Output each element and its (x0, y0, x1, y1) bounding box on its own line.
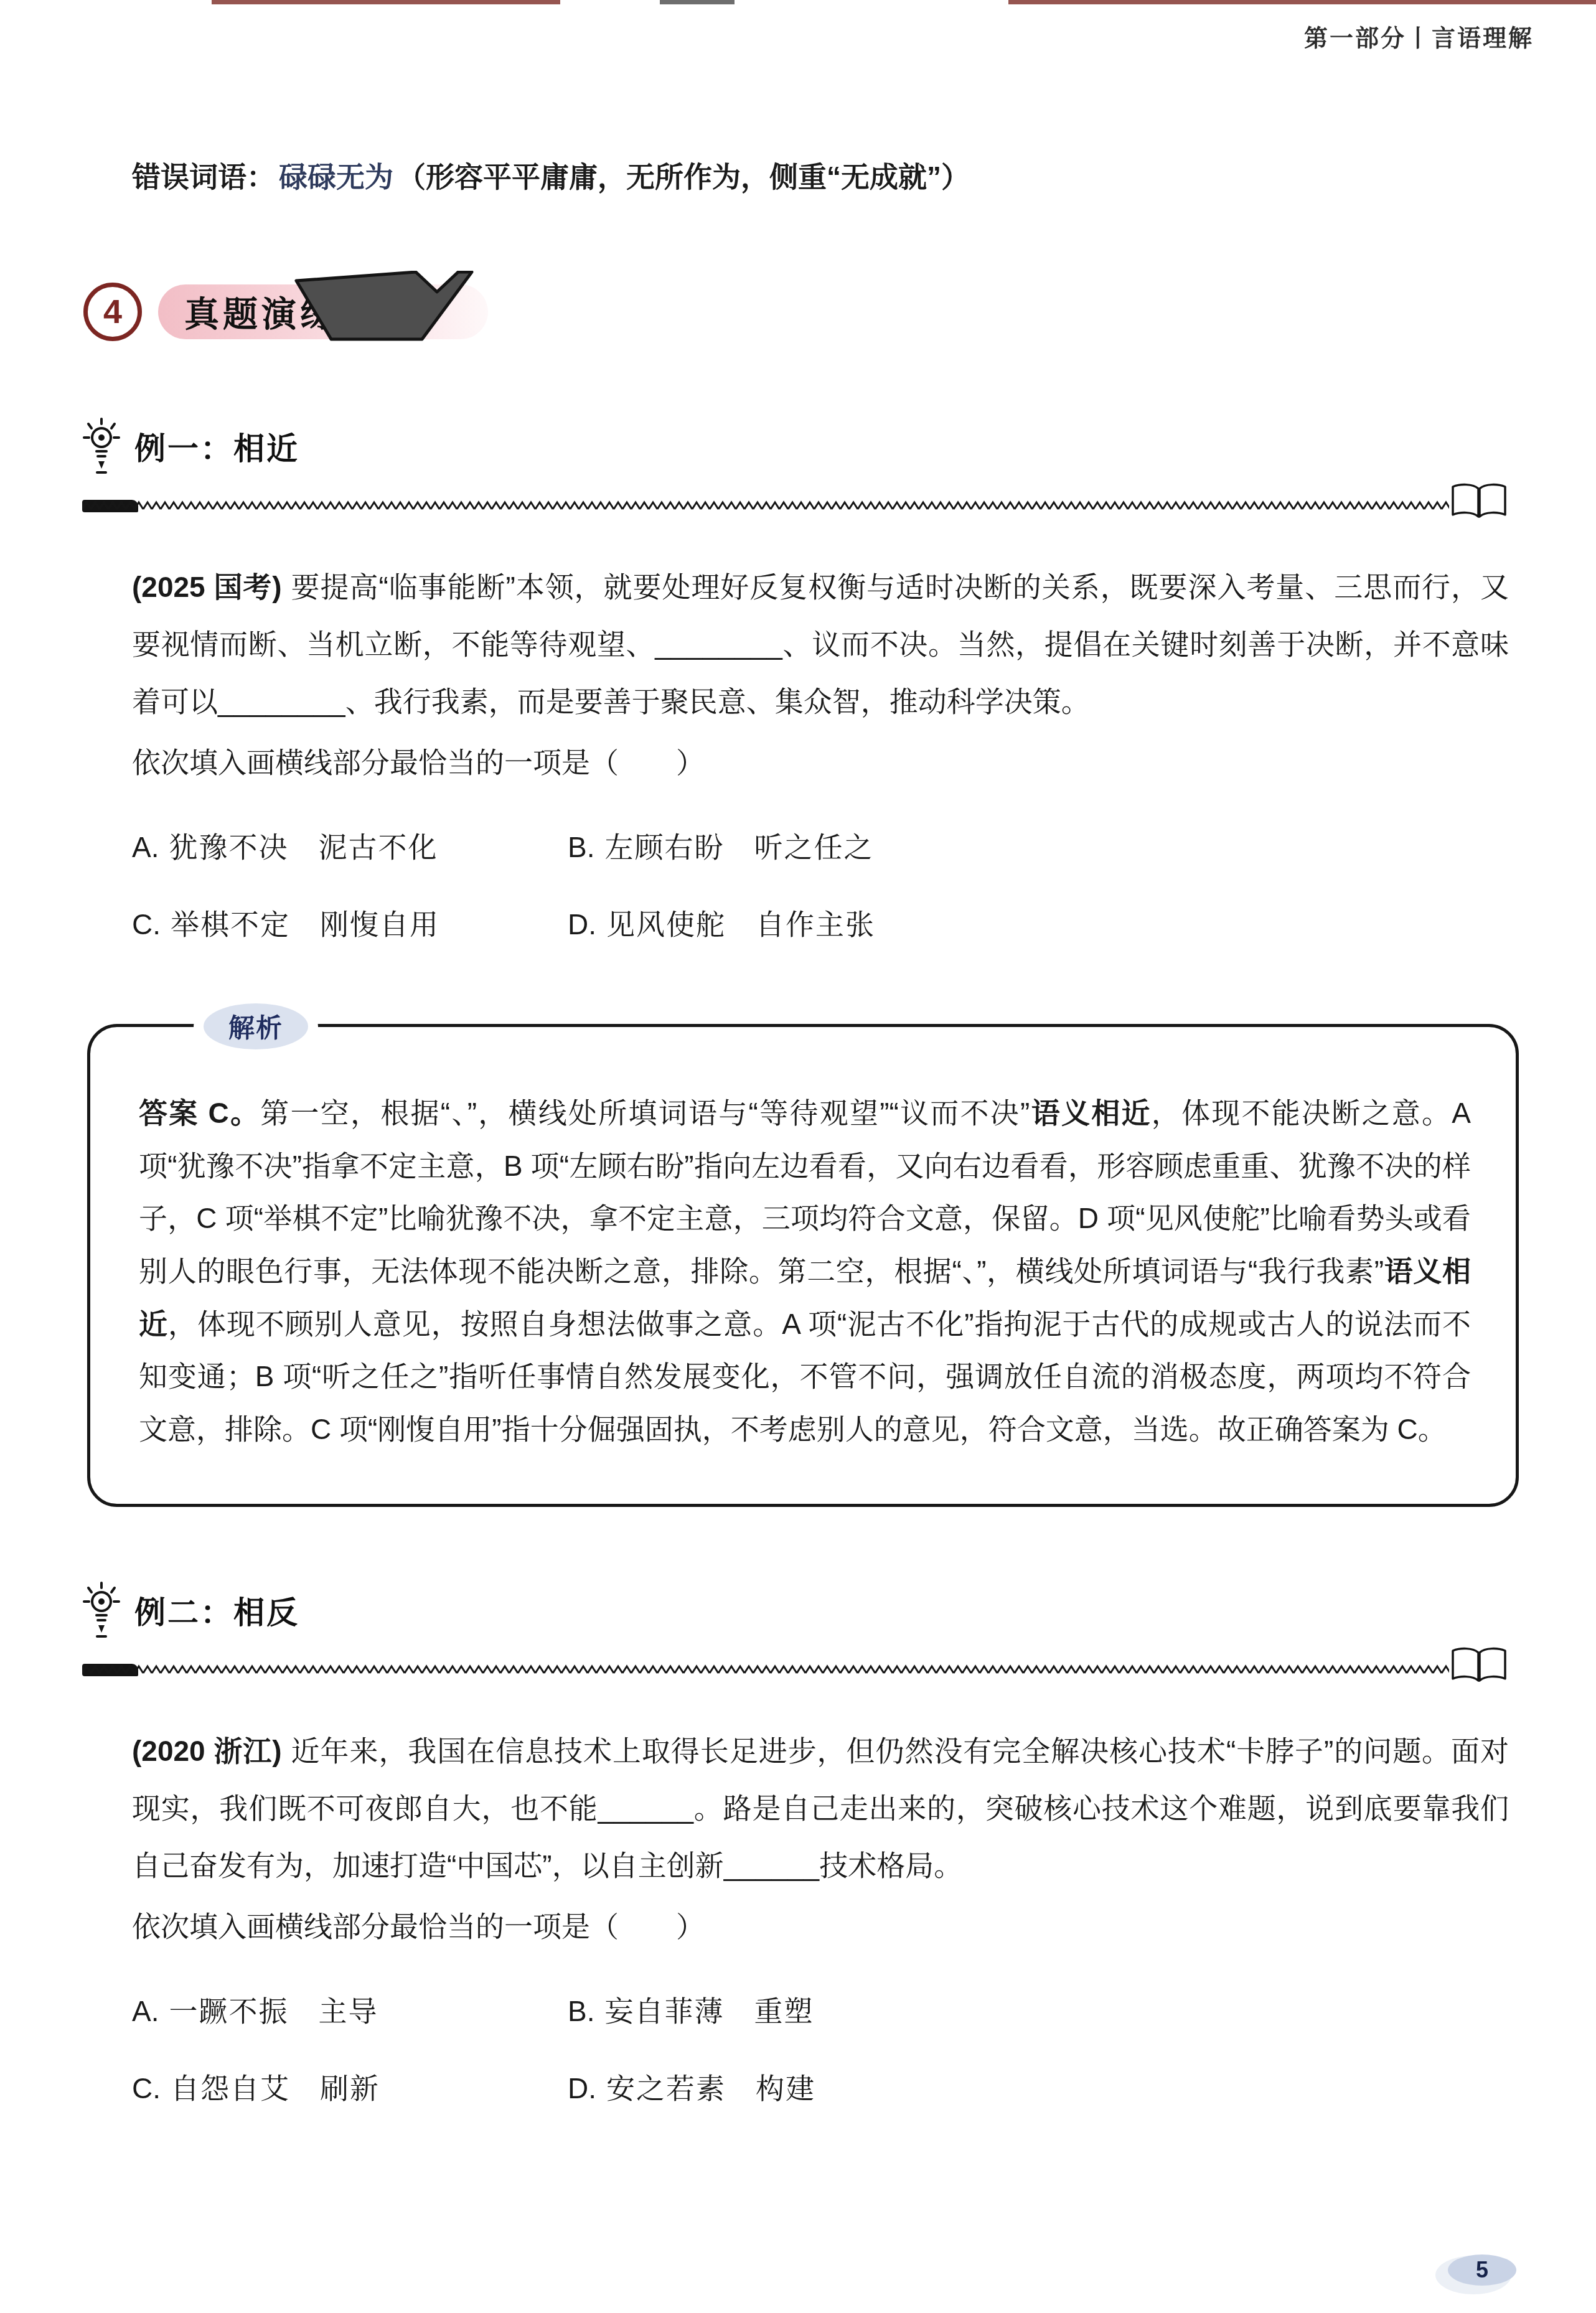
option-b: B.妄自菲薄 重塑 (568, 1989, 1509, 2030)
bulb-icon (82, 416, 121, 476)
textbook-page: 第一部分丨言语理解 错误词语：碌碌无为（形容平平庸庸，无所作为，侧重“无成就”）… (0, 0, 1596, 2313)
wrong-word-label: 错误词语： (132, 161, 275, 193)
wrong-word-note: 错误词语：碌碌无为（形容平平庸庸，无所作为，侧重“无成就”） (132, 156, 1509, 199)
wavy-underline (82, 1663, 1509, 1676)
option-text: 左顾右盼 听之任之 (604, 825, 873, 866)
option-label: B. (568, 1994, 594, 2028)
options-list: A.犹豫不决 泥古不化 B.左顾右盼 听之任之 C.举棋不定 刚愎自用 D.见风… (132, 825, 1509, 943)
scan-artifact (660, 0, 735, 4)
option-label: C. (132, 908, 161, 941)
option-text: 自怨自艾 刷新 (171, 2066, 380, 2107)
wrong-word-definition: （形容平平庸庸，无所作为，侧重“无成就”） (397, 161, 970, 193)
question-source: (2020 浙江) (132, 1735, 282, 1767)
scan-artifact (212, 0, 560, 4)
example2-question: (2020 浙江)近年来，我国在信息技术上取得长足进步，但仍然没有完全解决核心技… (132, 1722, 1509, 2107)
option-text: 妄自菲薄 重塑 (604, 1989, 814, 2030)
option-label: A. (132, 830, 159, 864)
option-label: D. (568, 908, 596, 941)
option-a: A.犹豫不决 泥古不化 (132, 825, 568, 866)
question-body: 近年来，我国在信息技术上取得长足进步，但仍然没有完全解决核心技术“卡脖子”的问题… (132, 1735, 1509, 1882)
analysis-label: 解析 (204, 1003, 308, 1049)
section-title-highlight: 真题演练 (158, 284, 488, 339)
question-text: (2025 国考)要提高“临事能断”本领，就要处理好反复权衡与适时决断的关系，既… (132, 558, 1509, 730)
open-book-icon (1449, 1646, 1509, 1682)
option-d: D.见风使舵 自作主张 (568, 902, 1509, 943)
option-text: 举棋不定 刚愎自用 (171, 902, 439, 943)
section-number-badge: 4 (83, 283, 142, 341)
option-text: 安之若素 构建 (606, 2066, 815, 2107)
option-a: A.一蹶不振 主导 (132, 1989, 568, 2030)
option-c: C.自怨自艾 刷新 (132, 2066, 568, 2107)
example1-heading: 例一：相近 (82, 416, 1509, 523)
bulb-icon (82, 1580, 121, 1640)
example1-rule (82, 486, 1509, 523)
running-header: 第一部分丨言语理解 (1304, 19, 1534, 53)
option-label: A. (132, 1994, 159, 2028)
example2-heading: 例二：相反 (82, 1580, 1509, 1687)
example1-title: 例一：相近 (134, 424, 299, 469)
option-d: D.安之若素 构建 (568, 2066, 1509, 2107)
option-label: B. (568, 830, 594, 864)
option-label: C. (132, 2071, 161, 2105)
option-c: C.举棋不定 刚愎自用 (132, 902, 568, 943)
question-body: 要提高“临事能断”本领，就要处理好反复权衡与适时决断的关系，既要深入考量、三思而… (132, 571, 1509, 718)
option-text: 一蹶不振 主导 (169, 1989, 378, 2030)
page-number-badge: 5 (1448, 2254, 1516, 2286)
open-book-icon (1449, 482, 1509, 518)
question-text: (2020 浙江)近年来，我国在信息技术上取得长足进步，但仍然没有完全解决核心技… (132, 1722, 1509, 1894)
page-content: 错误词语：碌碌无为（形容平平庸庸，无所作为，侧重“无成就”） 4 真题演练 (0, 0, 1596, 2107)
question-prompt: 依次填入画横线部分最恰当的一项是（ ） (132, 1898, 1509, 1955)
wavy-underline (82, 499, 1509, 512)
banner-flag-icon (293, 271, 479, 344)
example2-rule (82, 1650, 1509, 1687)
option-b: B.左顾右盼 听之任之 (568, 825, 1509, 866)
analysis-box: 解析 答案 C。第一空，根据“、”，横线处所填词语与“等待观望”“议而不决”语义… (87, 1024, 1519, 1507)
scan-artifact (1008, 0, 1596, 4)
analysis-text: 答案 C。第一空，根据“、”，横线处所填词语与“等待观望”“议而不决”语义相近，… (139, 1087, 1471, 1455)
question-prompt: 依次填入画横线部分最恰当的一项是（ ） (132, 734, 1509, 791)
option-text: 犹豫不决 泥古不化 (169, 825, 438, 866)
example1-question: (2025 国考)要提高“临事能断”本领，就要处理好反复权衡与适时决断的关系，既… (132, 558, 1509, 943)
options-list: A.一蹶不振 主导 B.妄自菲薄 重塑 C.自怨自艾 刷新 D.安之若素 构建 (132, 1989, 1509, 2107)
option-text: 见风使舵 自作主张 (606, 902, 875, 943)
wrong-word-term: 碌碌无为 (275, 161, 397, 193)
example2-title: 例二：相反 (134, 1588, 299, 1633)
question-source: (2025 国考) (132, 571, 282, 603)
section-heading: 4 真题演练 (83, 281, 1509, 343)
option-label: D. (568, 2071, 596, 2105)
